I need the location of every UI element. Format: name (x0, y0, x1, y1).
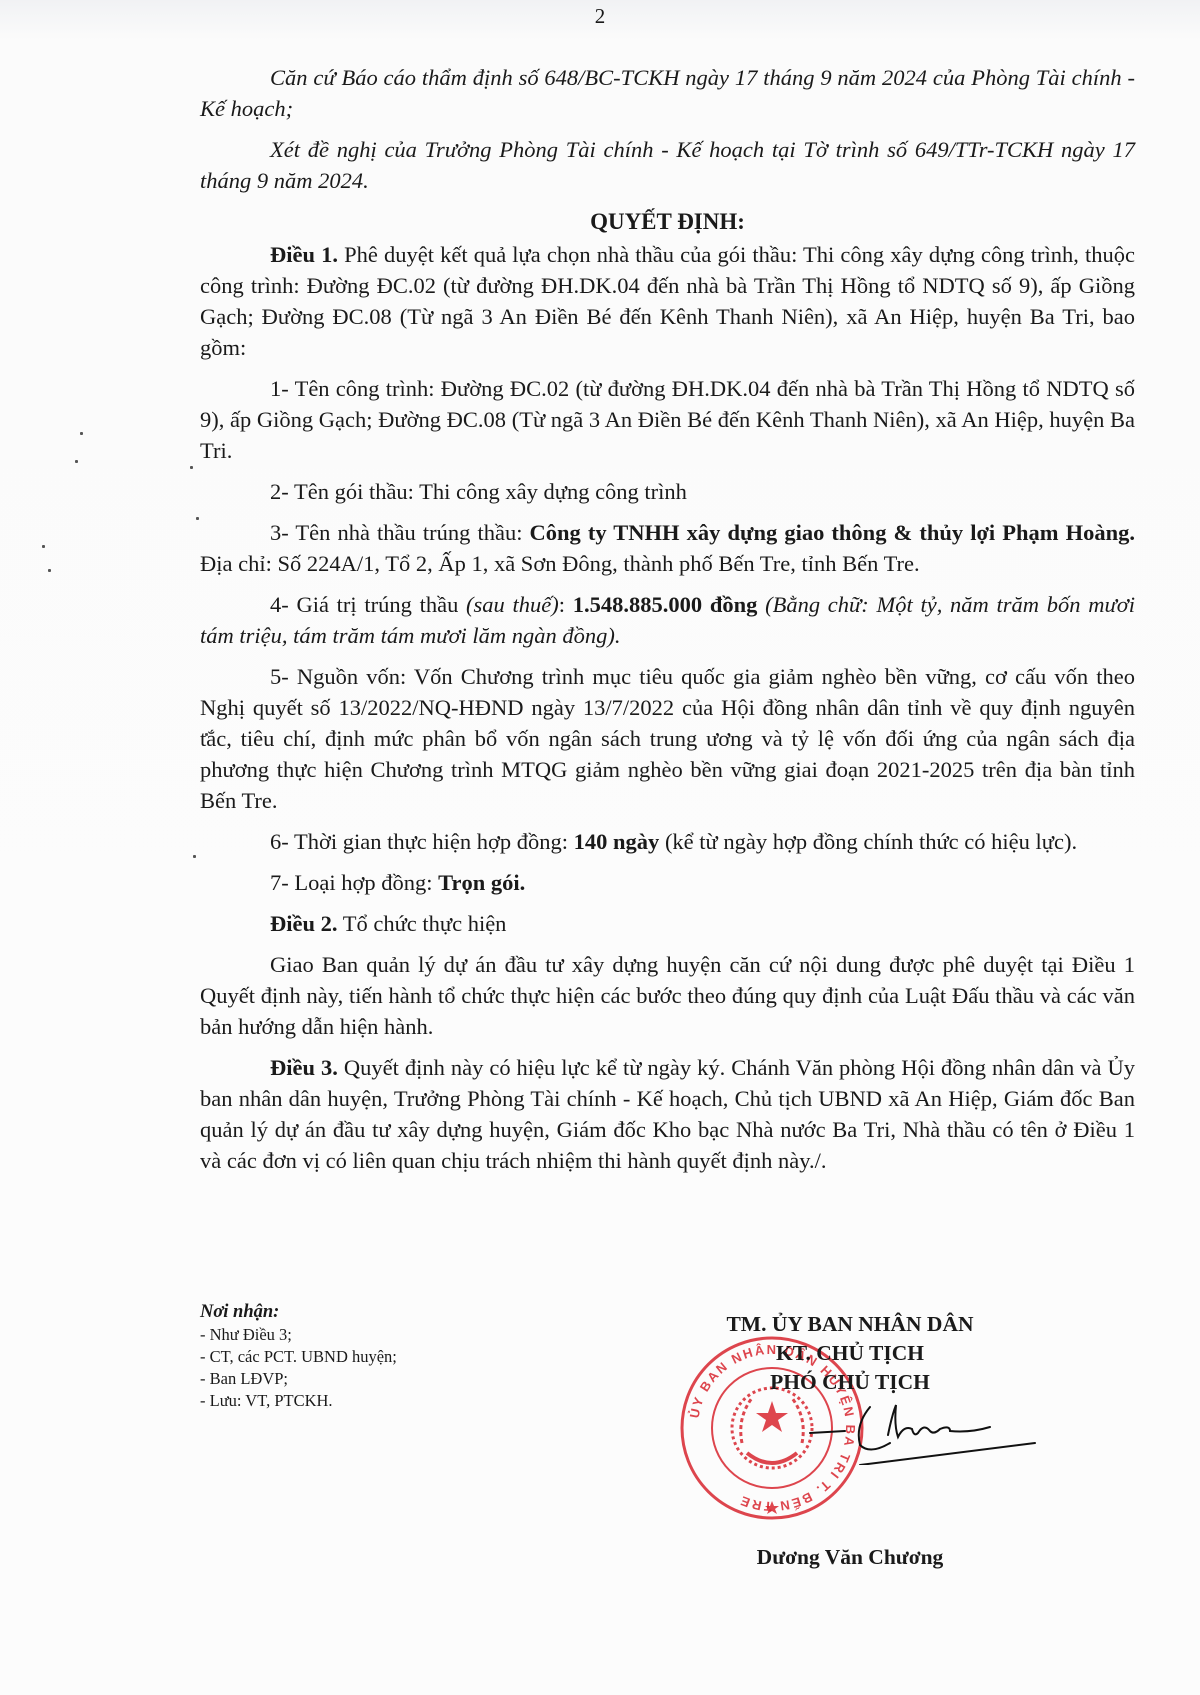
item-6-suffix: (kể từ ngày hợp đồng chính thức có hiệu … (659, 829, 1077, 854)
page-number: 2 (0, 4, 1200, 29)
article-1-item-5: 5- Nguồn vốn: Vốn Chương trình mục tiêu … (200, 661, 1135, 816)
item-7-prefix: 7- Loại hợp đồng: (270, 870, 438, 895)
recipient-item: - Ban LĐVP; (200, 1368, 397, 1390)
contractor-address: Địa chỉ: Số 224A/1, Tổ 2, Ấp 1, xã Sơn Đ… (200, 551, 920, 576)
signer-name: Dương Văn Chương (640, 1545, 1060, 1570)
recipient-item: - Lưu: VT, PTCKH. (200, 1390, 397, 1412)
scan-speck (205, 733, 208, 736)
item-3-prefix: 3- Tên nhà thầu trúng thầu: (270, 520, 530, 545)
article-1-item-6: 6- Thời gian thực hiện hợp đồng: 140 ngà… (200, 826, 1135, 857)
signature-line-2: KT. CHỦ TỊCH (640, 1339, 1060, 1368)
signature-line-1: TM. ỦY BAN NHÂN DÂN (640, 1310, 1060, 1339)
scan-speck (75, 460, 78, 463)
article-2: Điều 2. Tổ chức thực hiện (200, 908, 1135, 939)
scan-speck (193, 855, 196, 858)
signature-block: TM. ỦY BAN NHÂN DÂN KT. CHỦ TỊCH PHÓ CHỦ… (640, 1310, 1060, 1397)
article-2-text: Giao Ban quản lý dự án đầu tư xây dựng h… (200, 949, 1135, 1042)
preamble-report-basis: Căn cứ Báo cáo thẩm định số 648/BC-TCKH … (200, 62, 1135, 124)
item-4-colon: : (559, 592, 573, 617)
article-1: Điều 1. Phê duyệt kết quả lựa chọn nhà t… (200, 239, 1135, 363)
article-1-item-4: 4- Giá trị trúng thầu (sau thuế): 1.548.… (200, 589, 1135, 651)
article-2-heading: Tổ chức thực hiện (338, 911, 507, 936)
contractor-name: Công ty TNHH xây dựng giao thông & thủy … (530, 520, 1135, 545)
scan-speck (42, 545, 45, 548)
article-3-text: Quyết định này có hiệu lực kể từ ngày ký… (200, 1055, 1135, 1173)
handwritten-signature-icon (800, 1395, 1040, 1465)
article-1-item-7: 7- Loại hợp đồng: Trọn gói. (200, 867, 1135, 898)
article-3: Điều 3. Quyết định này có hiệu lực kể từ… (200, 1052, 1135, 1176)
tax-note: (sau thuế) (466, 592, 559, 617)
article-1-item-2: 2- Tên gói thầu: Thi công xây dựng công … (200, 476, 1135, 507)
recipients-heading: Nơi nhận: (200, 1300, 397, 1324)
article-2-label: Điều 2. (270, 911, 338, 936)
signature-line-3: PHÓ CHỦ TỊCH (640, 1368, 1060, 1397)
recipient-item: - Như Điều 3; (200, 1324, 397, 1346)
article-3-label: Điều 3. (270, 1055, 338, 1080)
article-1-text: Phê duyệt kết quả lựa chọn nhà thầu của … (200, 242, 1135, 360)
article-1-label: Điều 1. (270, 242, 338, 267)
article-1-item-1: 1- Tên công trình: Đường ĐC.02 (từ đường… (200, 373, 1135, 466)
bid-amount: 1.548.885.000 đồng (573, 592, 758, 617)
scan-speck (190, 466, 193, 469)
item-6-prefix: 6- Thời gian thực hiện hợp đồng: (270, 829, 574, 854)
preamble-proposal: Xét đề nghị của Trưởng Phòng Tài chính -… (200, 134, 1135, 196)
contract-type: Trọn gói. (438, 870, 525, 895)
scan-speck (80, 432, 83, 435)
recipient-item: - CT, các PCT. UBND huyện; (200, 1346, 397, 1368)
scan-speck (196, 517, 199, 520)
document-body: Căn cứ Báo cáo thẩm định số 648/BC-TCKH … (200, 62, 1135, 1176)
scan-speck (48, 569, 51, 572)
article-1-item-3: 3- Tên nhà thầu trúng thầu: Công ty TNHH… (200, 517, 1135, 579)
contract-duration: 140 ngày (574, 829, 660, 854)
document-page: 2 Căn cứ Báo cáo thẩm định số 648/BC-TCK… (0, 0, 1200, 1695)
recipients-list: Nơi nhận: - Như Điều 3; - CT, các PCT. U… (200, 1300, 397, 1412)
item-4-prefix: 4- Giá trị trúng thầu (270, 592, 466, 617)
document-footer: Nơi nhận: - Như Điều 3; - CT, các PCT. U… (200, 1300, 1135, 1660)
decision-title: QUYẾT ĐỊNH: (200, 206, 1135, 237)
